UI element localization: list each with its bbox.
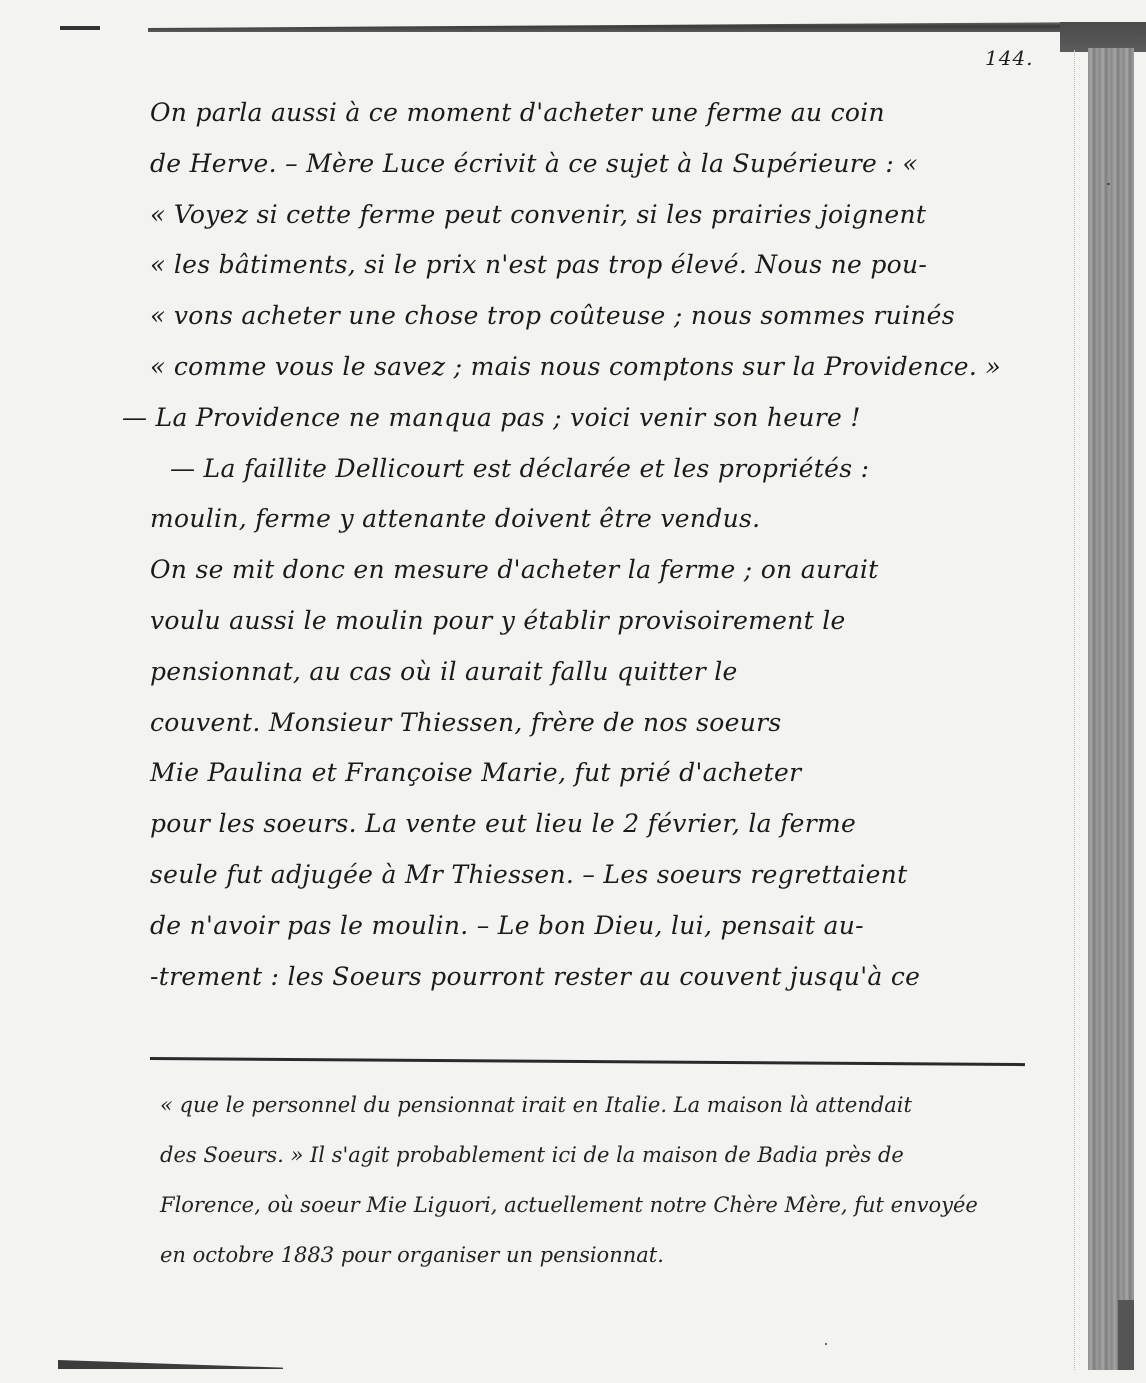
body-line: « Voyez si cette ferme peut convenir, si… xyxy=(150,190,1060,241)
body-line: voulu aussi le moulin pour y établir pro… xyxy=(150,596,1060,647)
body-line: « les bâtiments, si le prix n'est pas tr… xyxy=(150,240,1060,291)
page-margin-line xyxy=(1074,50,1076,1370)
footnote-line: en octobre 1883 pour organiser un pensio… xyxy=(160,1230,1060,1280)
page-number: 144. xyxy=(985,46,1034,70)
manuscript-body: On parla aussi à ce moment d'acheter une… xyxy=(150,88,1060,1002)
page-top-edge-shadow xyxy=(148,22,1108,32)
scan-speck xyxy=(1107,183,1110,185)
footnote: « que le personnel du pensionnat irait e… xyxy=(160,1080,1060,1280)
body-line: de Herve. – Mère Luce écrivit à ce sujet… xyxy=(150,139,1060,190)
footnote-line: des Soeurs. » Il s'agit probablement ici… xyxy=(160,1130,1060,1180)
body-line: « vons acheter une chose trop coûteuse ;… xyxy=(150,291,1060,342)
body-line: « comme vous le savez ; mais nous compto… xyxy=(150,342,1060,393)
page-top-edge-left xyxy=(60,26,100,30)
body-line: seule fut adjugée à Mr Thiessen. – Les s… xyxy=(150,850,1060,901)
book-binding-shadow xyxy=(1118,1300,1134,1370)
body-line: — La Providence ne manqua pas ; voici ve… xyxy=(122,393,1060,444)
body-line: — La faillite Dellicourt est déclarée et… xyxy=(170,444,1060,495)
book-binding-edge xyxy=(1088,48,1134,1370)
body-line: Mie Paulina et Françoise Marie, fut prié… xyxy=(150,748,1060,799)
body-line: moulin, ferme y attenante doivent être v… xyxy=(150,494,1060,545)
scan-speck xyxy=(825,1343,827,1345)
body-line: pour les soeurs. La vente eut lieu le 2 … xyxy=(150,799,1060,850)
body-line: de n'avoir pas le moulin. – Le bon Dieu,… xyxy=(150,901,1060,952)
body-line: -trement : les Soeurs pourront rester au… xyxy=(150,952,1060,1003)
footnote-line: Florence, où soeur Mie Liguori, actuelle… xyxy=(160,1180,1060,1230)
body-line: couvent. Monsieur Thiessen, frère de nos… xyxy=(150,698,1060,749)
body-line: On se mit donc en mesure d'acheter la fe… xyxy=(150,545,1060,596)
body-line: On parla aussi à ce moment d'acheter une… xyxy=(150,88,1060,139)
footnote-line: « que le personnel du pensionnat irait e… xyxy=(160,1080,1060,1130)
body-line: pensionnat, au cas où il aurait fallu qu… xyxy=(150,647,1060,698)
page-bottom-edge xyxy=(58,1360,283,1369)
footnote-divider xyxy=(150,1057,1025,1066)
